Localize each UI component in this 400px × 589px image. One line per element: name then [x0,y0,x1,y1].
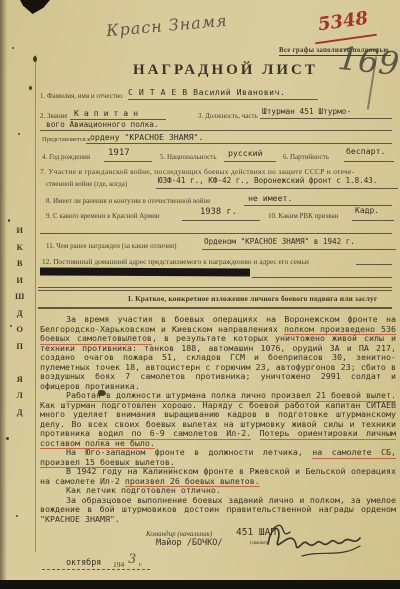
scan-edge-left [0,0,7,589]
field3-value-line2: вого Авиационного полка. [46,120,159,129]
presented-value: ордену "КРАСНОЕ ЗНАМЯ". [90,132,203,142]
p1-seg-plain2: , в результате которых уничтожено живой … [40,333,396,391]
page-title: НАГРАДНОЙ ЛИСТ [133,62,318,79]
date-year-handwritten: 3 [128,552,136,567]
body-paragraph-3: На Юго-западном фронте в должности летчи… [40,448,396,467]
commander-label: Командир (начальник) [146,530,212,538]
body-paragraph-2: Работая в должности штурмана полка лично… [40,391,396,448]
field4-label: 4. Год рождения [42,153,90,161]
date-year-printed: 194 [113,560,124,569]
continuation-rule [40,233,392,234]
binding-margin-text: И К В И Ш Д О П Я Л Д [15,222,24,420]
paper-speck [98,390,106,396]
field9-value: 1938 г. [200,207,237,217]
field3-value-line1: Штурман 451 Штурмо- [262,107,351,116]
body-paragraph-1: За время участия в боевых операциях на В… [40,315,396,391]
date-suffix: г. [139,562,142,568]
paper-speck [16,515,18,517]
paper-speck [12,47,14,49]
field2-value: К а п и т а н [74,108,138,118]
torn-corner-artifact [20,0,50,14]
paper-speck [33,56,37,62]
field1-rule [128,99,318,100]
field4-value: 1917 [108,148,130,158]
field3-rule1 [260,118,392,119]
field8-label: 8. Имеет ли ранения и контузии в отечест… [46,197,210,205]
pencil-margin-number: 169 [336,39,400,83]
handwritten-signature [262,514,366,564]
field7-label-line1: 7. Участие в гражданской войне, последую… [40,167,354,176]
field2-label: 2. Звание [40,112,67,120]
field1-value: С И Т А Е В Василий Иванович. [128,87,285,97]
field12-label: 12. Постоянный домашний адрес представля… [42,257,309,266]
field1-label: 1. Фамилия, имя и отчество [40,92,123,100]
p5-seg-plain: Как летчик подготовлен отлично. [66,485,221,495]
field10-rule [352,220,394,221]
redacted-address-bar [40,267,250,276]
field10-label: 10. Каким РВК призван [268,212,338,220]
field9-rule [182,220,260,221]
section-rule-top1 [38,287,392,288]
paper-speck [10,325,12,327]
fold-crease-line [35,55,36,552]
field11-label: 11. Чем ранее награжден (за какие отличи… [46,242,176,250]
field8-value: не имеет. [248,193,292,203]
paper-speck [29,86,32,90]
section-rule-top2 [38,290,392,291]
pencil-note-top: Красн Знамя [105,11,228,41]
commander-rank-name: Майор /БОЧКО/ [156,538,223,548]
document-page: Красн Знамя 5348 Все графы заполнять пол… [0,0,400,589]
paper-speck [18,133,20,135]
field7-value: ЮЗФ-41 г., КФ-42 г., Воронежский фронт с… [158,176,377,185]
field5-value: русский [228,148,263,158]
field12-rule2 [252,277,392,278]
field7-rule [156,188,398,189]
field12-rule1 [356,264,392,265]
field3-label: 3. Должность, часть [198,112,258,120]
body-paragraph-4: В 1942 году на Калининском фронте в Ржев… [40,467,396,486]
section-rule-bottom [38,307,392,309]
p3-seg-plain: На Юго-западном фронте в должности летчи… [66,447,312,457]
field9-label: 9. С какого времени в Красной Армии [46,212,160,220]
scan-edge-bottom [0,580,400,589]
paper-speck [8,219,10,222]
section-title: I. Краткое, конкретное изложение личного… [128,294,377,303]
date-month: октября [66,557,101,567]
presented-label: Представляется к [42,136,90,143]
p2-seg-space [251,428,259,438]
field11-value: Орденом "КРАСНОЕ ЗНАМЯ" в 1942 г. [204,237,355,246]
field5-rule [224,161,276,162]
citation-body: За время участия в боевых операциях на В… [40,315,396,524]
field6-label: 6. Партийность [283,153,329,161]
red-archive-number: 5348 [317,8,370,36]
field5-label: 5. Национальность [160,153,217,161]
date-rule [42,569,150,570]
field6-rule [344,161,394,162]
field4-rule [104,161,152,162]
field3-rule2 [40,130,392,131]
presented-rule [86,143,392,144]
field6-value: беспарт. [346,146,385,156]
field10-value: Кадр. [355,206,379,215]
field11-rule [202,249,396,250]
field7-label-line2: ственной войне (где, когда) [46,180,127,188]
